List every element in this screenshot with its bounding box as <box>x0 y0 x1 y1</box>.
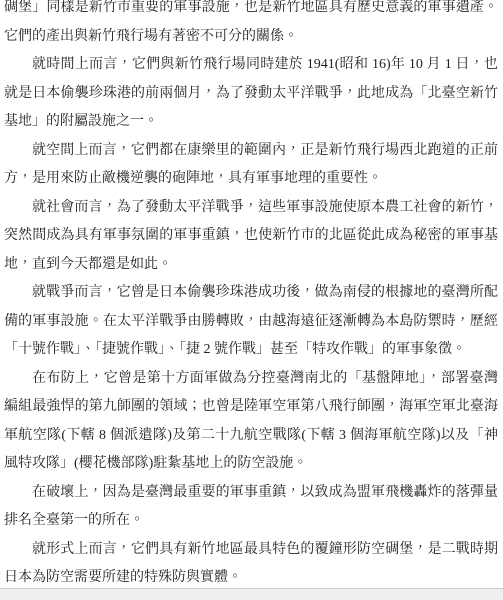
text-line: 就時間上而言，它們與新竹飛行場同時建於 1941(昭和 16)年 10 月 1 … <box>4 51 498 80</box>
paragraph: 就形式上而言，它們具有新竹地區最具特色的覆鐘形防空碉堡，是二戰時期日本為防空需要… <box>4 536 498 593</box>
paragraph: 就戰爭而言，它曾是日本偷襲珍珠港成功後，做為南侵的根據地的臺灣所配備的軍事設施。… <box>4 279 498 365</box>
text-line: 編組最強悍的第九師團的領域；也曾是陸軍空軍第八飛行師團，海軍空軍北臺海 <box>4 393 498 422</box>
text-line: 在布防上，它曾是第十方面軍做為分控臺灣南北的「基盤陣地」，部署臺灣 <box>4 365 498 394</box>
text-line: 方，是用來防止敵機逆襲的砲陣地，具有軍事地理的重要性。 <box>4 165 498 194</box>
paragraph: 就空間上而言，它們都在康樂里的範圍內，正是新竹飛行場西北跑道的正前方，是用來防止… <box>4 137 498 194</box>
text-line: 地，直到今天都還是如此。 <box>4 251 498 280</box>
text-line: 基地」的附屬設施之一。 <box>4 108 498 137</box>
text-line: 「十號作戰」、「捷號作戰」、「捷 2 號作戰」甚至「特攻作戰」的軍事象徵。 <box>4 336 498 365</box>
page-bottom-edge <box>0 588 503 600</box>
text-line: 就空間上而言，它們都在康樂里的範圍內，正是新竹飛行場西北跑道的正前 <box>4 137 498 166</box>
document-page: 碉堡」同樣是新竹市重要的軍事設施，也是新竹地區具有歷史意義的軍事遺產。它們的產出… <box>4 0 498 593</box>
text-line: 備的軍事設施。在太平洋戰爭由勝轉敗，由越海遠征逐漸轉為本島防禦時，歷經 <box>4 308 498 337</box>
text-line: 突然間成為具有軍事氛圍的軍事重鎮，也使新竹市的北區從此成為秘密的軍事基 <box>4 222 498 251</box>
paragraph: 就社會而言，為了發動太平洋戰爭，這些軍事設施使原本農工社會的新竹，突然間成為具有… <box>4 194 498 280</box>
text-line: 風特攻隊」(櫻花機部隊)駐紮基地上的防空設施。 <box>4 450 498 479</box>
paragraph: 就時間上而言，它們與新竹飛行場同時建於 1941(昭和 16)年 10 月 1 … <box>4 51 498 137</box>
paragraph: 在布防上，它曾是第十方面軍做為分控臺灣南北的「基盤陣地」，部署臺灣編組最強悍的第… <box>4 365 498 479</box>
text-line: 在破壞上，因為是臺灣最重要的軍事重鎮，以致成為盟軍飛機轟炸的落彈量 <box>4 479 498 508</box>
text-line: 就是日本偷襲珍珠港的前兩個月，為了發動太平洋戰爭，此地成為「北臺空新竹 <box>4 80 498 109</box>
text-line: 排名全臺第一的所在。 <box>4 507 498 536</box>
text-line: 就戰爭而言，它曾是日本偷襲珍珠港成功後，做為南侵的根據地的臺灣所配 <box>4 279 498 308</box>
text-line: 軍航空隊(下轄 8 個派遣隊)及第二十九航空戰隊(下轄 3 個海軍航空隊)以及「… <box>4 422 498 451</box>
text-line: 它們的產出與新竹飛行場有著密不可分的關係。 <box>4 23 498 52</box>
text-line: 就形式上而言，它們具有新竹地區最具特色的覆鐘形防空碉堡，是二戰時期 <box>4 536 498 565</box>
paragraph: 碉堡」同樣是新竹市重要的軍事設施，也是新竹地區具有歷史意義的軍事遺產。它們的產出… <box>4 0 498 51</box>
text-line: 就社會而言，為了發動太平洋戰爭，這些軍事設施使原本農工社會的新竹， <box>4 194 498 223</box>
paragraph: 在破壞上，因為是臺灣最重要的軍事重鎮，以致成為盟軍飛機轟炸的落彈量排名全臺第一的… <box>4 479 498 536</box>
text-line: 碉堡」同樣是新竹市重要的軍事設施，也是新竹地區具有歷史意義的軍事遺產。 <box>4 0 498 23</box>
